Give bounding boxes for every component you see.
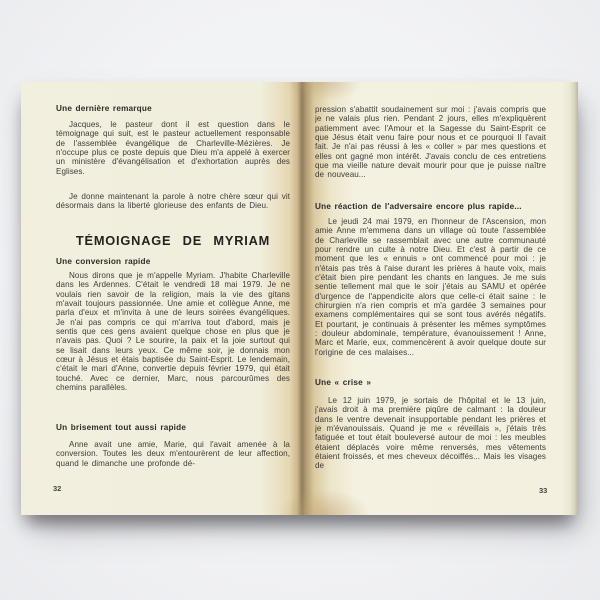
page-number-left: 32 [53,484,61,493]
photo-background: Une dernière remarque Jacques, le pasteu… [0,0,600,600]
spine-shadow-bottom [276,489,371,515]
section-heading-reaction-adversaire: Une réaction de l'adversaire encore plus… [315,202,546,212]
page-fore-edge [569,82,578,515]
paragraph-brisement: Anne avait une amie, Marie, qui l'avait … [56,440,290,468]
chapter-title: TÉMOIGNAGE DE MYRIAM [56,234,290,248]
paragraph-12-juin: Le 12 juin 1979, je sortais de l'hôpital… [315,396,546,471]
section-heading-conversion-rapide: Une conversion rapide [56,257,290,267]
paragraph-jacques: Jacques, le pasteur dont il est question… [56,120,290,176]
right-page: pression s'abattit soudainement sur moi … [302,82,578,515]
paragraph-pression-continuation: pression s'abattit soudainement sur moi … [315,105,546,180]
section-heading-brisement: Un brisement tout aussi rapide [56,423,290,433]
section-heading-crise: Une « crise » [315,378,546,388]
open-book: Une dernière remarque Jacques, le pasteu… [21,82,578,515]
section-heading-derniere-remarque: Une dernière remarque [56,104,290,114]
spine-shadow-top [283,82,363,102]
paragraph-conversion: Nous dirons que je m'appelle Myriam. J'h… [56,271,290,392]
paragraph-je-donne: Je donne maintenant la parole à notre ch… [56,192,290,211]
page-number-right: 33 [539,486,547,495]
left-page: Une dernière remarque Jacques, le pasteu… [21,82,302,515]
paragraph-jeudi-24-mai: Le jeudi 24 mai 1979, en l'honneur de l'… [315,217,546,357]
